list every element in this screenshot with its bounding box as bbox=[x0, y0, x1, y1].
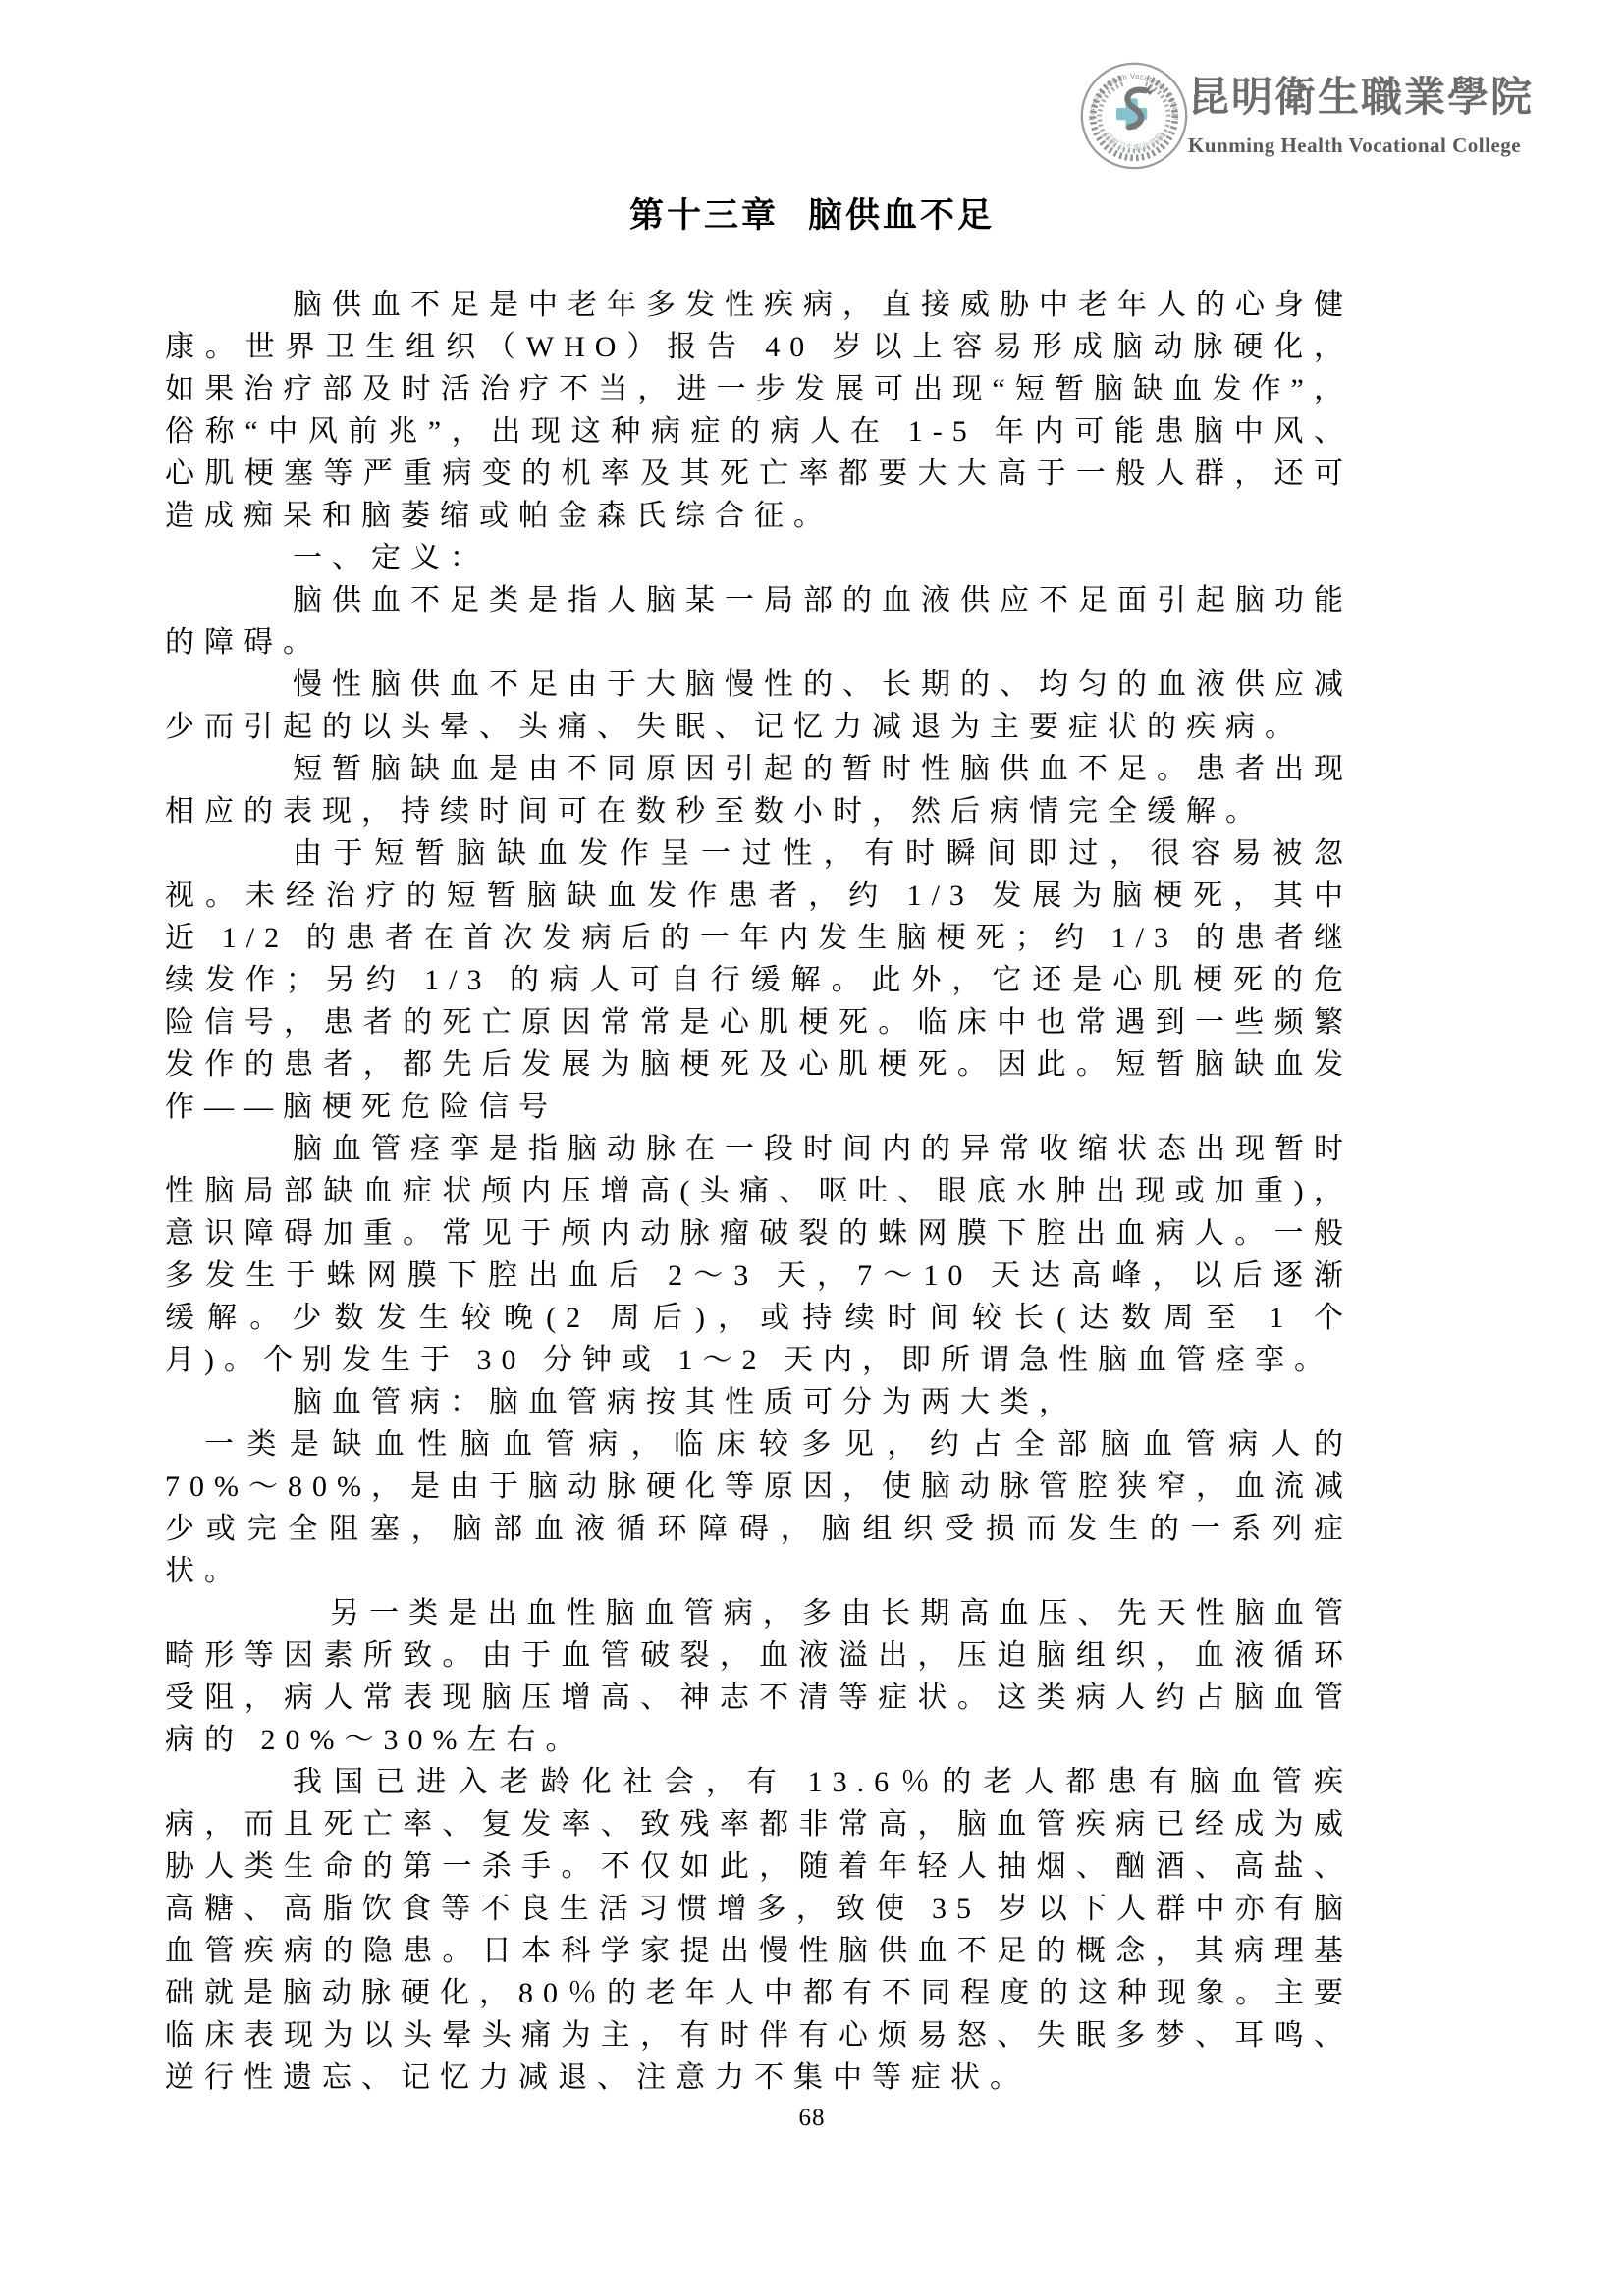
paragraph: 脑血管痉挛是指脑动脉在一段时间内的异常收缩状态出现暂时性脑局部缺血症状颅内压增高… bbox=[165, 1128, 1353, 1381]
paragraph: 慢性脑供血不足由于大脑慢性的、长期的、均匀的血液供应减少而引起的以头晕、头痛、失… bbox=[165, 664, 1353, 748]
paragraph: 我国已进入老龄化社会，有 13.6％的老人都患有脑血管疾病，而且死亡率、复发率、… bbox=[165, 1761, 1353, 2099]
paragraph: 一类是缺血性脑血管病，临床较多见，约占全部脑血管病人的 70%～80%，是由于脑… bbox=[165, 1423, 1353, 1592]
document-page: Kunming Health Vocational College 昆明卫生职业… bbox=[0, 0, 1624, 2296]
paragraph: 脑供血不足是中老年多发性疾病，直接威胁中老年人的心身健康。世界卫生组织（WHO）… bbox=[165, 284, 1353, 537]
college-logo: Kunming Health Vocational College 昆明卫生职业… bbox=[1078, 57, 1549, 175]
paragraph: 由于短暂脑缺血发作呈一过性，有时瞬间即过，很容易被忽视。未经治疗的短暂脑缺血发作… bbox=[165, 832, 1353, 1128]
chapter-number: 第十三章 bbox=[629, 196, 779, 235]
college-calligraphy-name: 昆明衛生職業學院 bbox=[1188, 75, 1549, 122]
paragraph-definition-heading: 一、定义： bbox=[165, 537, 1353, 579]
college-seal-icon: Kunming Health Vocational College 昆明卫生职业… bbox=[1078, 59, 1190, 171]
page-number: 68 bbox=[0, 2105, 1624, 2132]
document-body: 脑供血不足是中老年多发性疾病，直接威胁中老年人的心身健康。世界卫生组织（WHO）… bbox=[165, 284, 1353, 2099]
paragraph: 短暂脑缺血是由不同原因引起的暂时性脑供血不足。患者出现相应的表现，持续时间可在数… bbox=[165, 748, 1353, 832]
chapter-name: 脑供血不足 bbox=[808, 196, 995, 235]
chapter-title: 第十三章脑供血不足 bbox=[0, 188, 1624, 238]
paragraph: 另一类是出血性脑血管病，多由长期高血压、先天性脑血管畸形等因素所致。由于血管破裂… bbox=[165, 1592, 1353, 1761]
paragraph: 脑供血不足类是指人脑某一局部的血液供应不足面引起脑功能的障碍。 bbox=[165, 579, 1353, 664]
paragraph: 脑血管病：脑血管病按其性质可分为两大类， bbox=[165, 1381, 1353, 1423]
college-english-name: Kunming Health Vocational College bbox=[1188, 133, 1549, 158]
